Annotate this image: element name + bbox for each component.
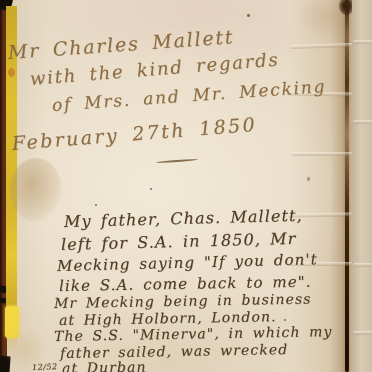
note-line: left for S.A. in 1850, Mr: [61, 229, 297, 254]
margin-note: 12/52: [32, 362, 58, 372]
fox-spot: [284, 319, 286, 321]
book-endpaper-photo: Mr Charles Mallett with the kind regards…: [0, 0, 372, 372]
inscription-line: of Mrs. and Mr. Mecking: [51, 77, 327, 116]
page-crease: [290, 262, 352, 266]
page-crease: [288, 212, 352, 217]
inscription-line: Mr Charles Mallett: [7, 26, 235, 64]
page-crease: [286, 91, 352, 96]
fox-spot: [8, 68, 15, 77]
note-line: Mr Mecking being in business: [54, 292, 312, 312]
note-line: father sailed, was wrecked: [60, 342, 289, 362]
fox-spot: [150, 188, 152, 190]
date-underline: [156, 159, 198, 164]
paper-texture: [0, 0, 372, 372]
inscription-date: February 27th 1850: [11, 114, 258, 155]
page-crease: [292, 152, 352, 156]
endpaper-yellow-bright-patch: [5, 306, 19, 338]
fox-spot: [247, 14, 250, 17]
background-mark: [0, 356, 11, 372]
note-line: at High Holborn, London.: [59, 309, 277, 329]
page-stain: [10, 158, 62, 222]
gutter-crease: [345, 0, 349, 372]
fox-spot: [95, 204, 97, 206]
note-line: Mecking saying "If you don't: [57, 250, 318, 275]
note-line: My father, Chas. Mallett,: [64, 206, 303, 231]
page-crease: [290, 43, 352, 49]
inscription-line: with the kind regards: [29, 49, 280, 90]
note-line-partial: at Durban: [62, 360, 147, 372]
note-line: like S.A. come back to me".: [59, 273, 312, 295]
pen-mark: [307, 177, 310, 181]
endpaper-yellow-edge: [6, 6, 17, 352]
facing-page-edge: [352, 0, 372, 372]
note-line: The S.S. "Minerva", in which my: [54, 324, 333, 345]
